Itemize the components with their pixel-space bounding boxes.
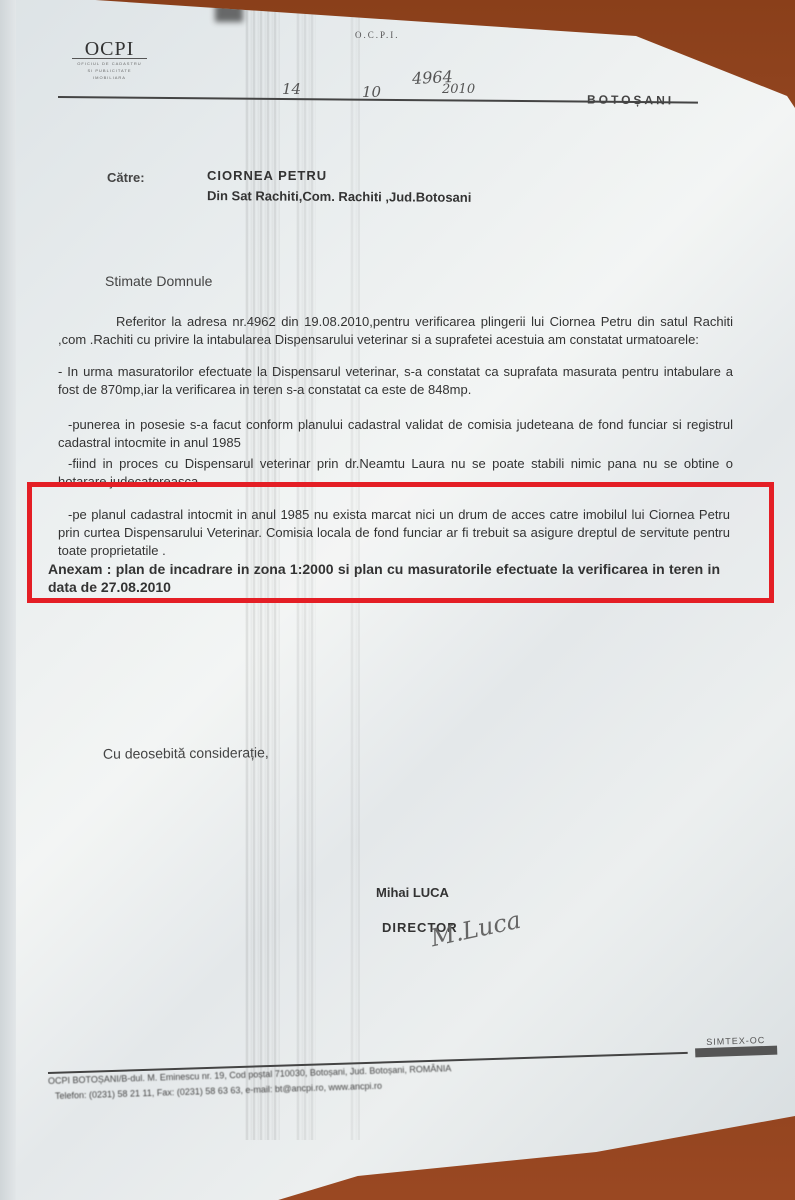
body-paragraph-reference: Referitor la adresa nr.4962 din 19.08.20…	[58, 313, 733, 349]
certification-label: SIMTEX-OC	[706, 1035, 765, 1047]
registration-stamp: O.C.P.I.	[345, 30, 545, 40]
annex-statement: Anexam : plan de incadrare in zona 1:200…	[48, 560, 720, 596]
handwritten-signature: M.Luca	[428, 906, 523, 952]
stamp-title: O.C.P.I.	[355, 30, 545, 40]
recipient-label: Către:	[107, 170, 145, 185]
logo-subtitle-2: si Publicitate	[72, 68, 147, 73]
body-paragraph-access-road: -pe planul cadastral intocmit in anul 19…	[58, 506, 730, 560]
paper-edge	[0, 0, 16, 1200]
recipient-name: CIORNEA PETRU	[207, 168, 327, 183]
city-name: BOTOȘANI	[587, 93, 674, 108]
certification-mark: SIMTEX-OC	[695, 1035, 778, 1058]
certification-bar	[695, 1046, 777, 1058]
body-paragraph-measurements: - In urma masuratorilor efectuate la Dis…	[58, 363, 733, 399]
stamp-year: 2010	[442, 82, 475, 97]
closing-formula: Cu deosebită considerație,	[103, 744, 269, 761]
body-paragraph-possession: -punerea in posesie s-a facut conform pl…	[58, 416, 733, 452]
letter-document: OCPI Oficiul de Cadastru si Publicitate …	[0, 0, 795, 1200]
recipient-address: Din Sat Rachiti,Com. Rachiti ,Jud.Botosa…	[207, 188, 471, 205]
logo-mark: OCPI	[72, 40, 147, 59]
salutation: Stimate Domnule	[105, 273, 212, 289]
logo-subtitle-1: Oficiul de Cadastru	[72, 61, 147, 66]
ocpi-logo: OCPI Oficiul de Cadastru si Publicitate …	[72, 40, 147, 80]
logo-subtitle-3: Imobiliara	[72, 75, 147, 80]
stamp-day: 14	[282, 80, 301, 98]
signer-name: Mihai LUCA	[376, 885, 449, 900]
